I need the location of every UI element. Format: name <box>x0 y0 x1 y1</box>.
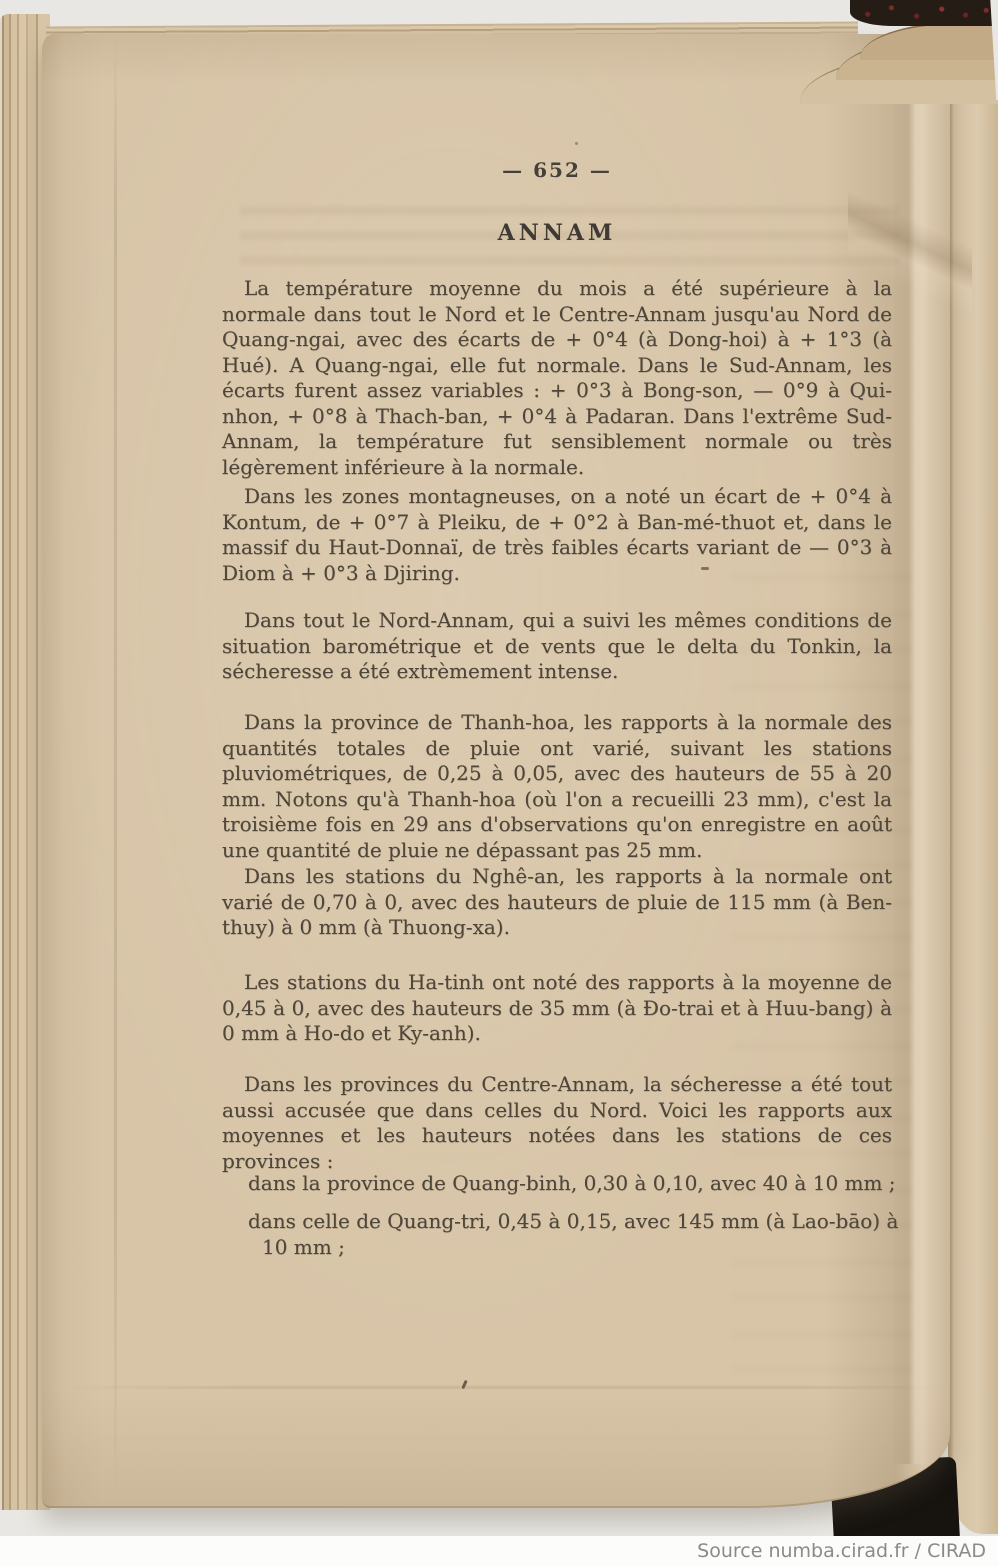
paragraph-nord-annam: Dans tout le Nord-Annam, qui a suivi les… <box>222 608 892 685</box>
paragraph-temperature: La température moyenne du mois a été sup… <box>222 276 892 480</box>
paragraph-ha-tinh: Les stations du Ha-tinh ont noté des rap… <box>222 970 892 1047</box>
scanned-page: — 652 — ANNAM La température moyenne du … <box>42 34 950 1508</box>
scan-canvas: { "document": { "page_number": "— 652 —"… <box>0 0 998 1566</box>
left-margin-crease <box>114 34 117 1506</box>
textblock-edge-dark <box>850 0 998 26</box>
paragraph-nghe-an: Dans les stations du Nghê-an, les rappor… <box>222 864 892 941</box>
printed-text-block: — 652 — ANNAM La température moyenne du … <box>222 34 892 1434</box>
paragraph-centre-annam: Dans les provinces du Centre-Annam, la s… <box>222 1072 892 1174</box>
page-curl-inner <box>860 22 998 60</box>
source-attribution-bar: Source numba.cirad.fr / CIRAD <box>0 1536 998 1566</box>
list-item-quang-tri: dans celle de Quang-tri, 0,45 à 0,15, av… <box>248 1208 902 1260</box>
page-number: — 652 — <box>222 158 892 182</box>
paragraph-zones-montagneuses: Dans les zones montagneuses, on a noté u… <box>222 484 892 586</box>
list-item-quang-binh: dans la province de Quang-binh, 0,30 à 0… <box>248 1170 902 1196</box>
source-attribution-label: Source numba.cirad.fr / CIRAD <box>697 1540 986 1562</box>
paragraph-thanh-hoa: Dans la province de Thanh-hoa, les rappo… <box>222 710 892 863</box>
section-title: ANNAM <box>222 220 892 246</box>
